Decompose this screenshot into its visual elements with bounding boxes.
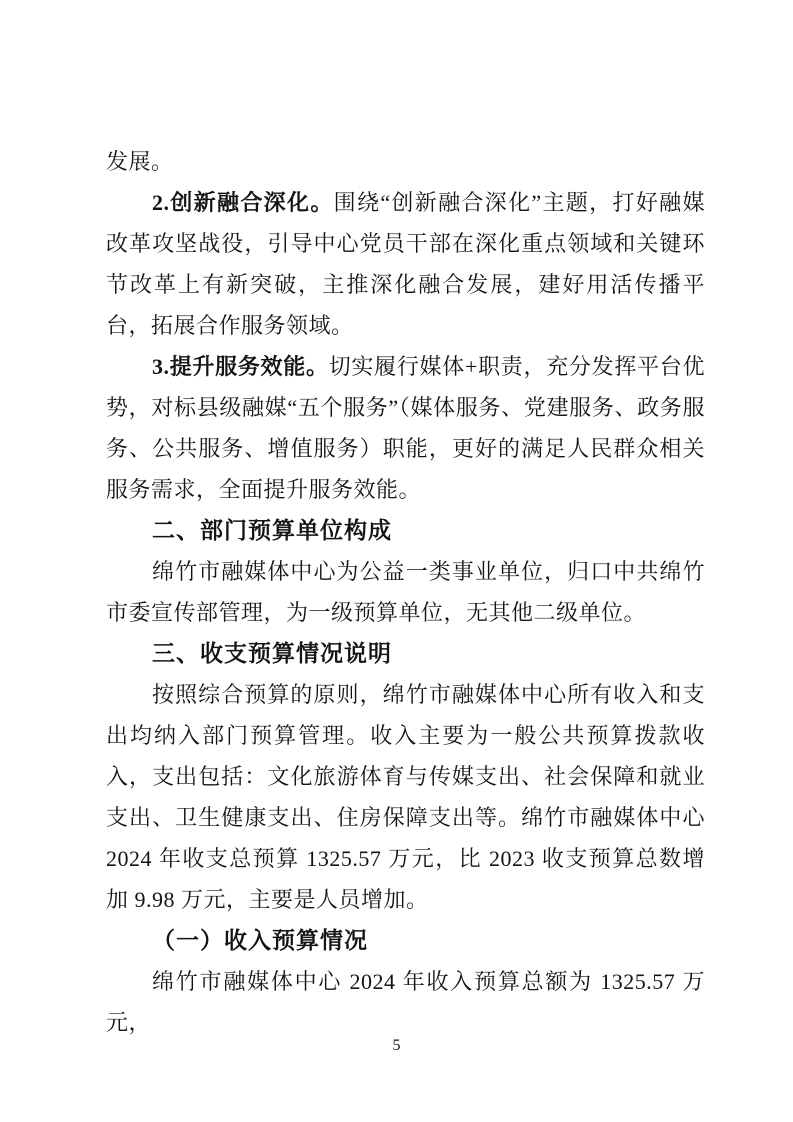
paragraph-point-2: 2.创新融合深化。围绕“创新融合深化”主题，打好融媒改革攻坚战役，引导中心党员干… <box>106 182 705 346</box>
document-content: 发展。 2.创新融合深化。围绕“创新融合深化”主题，打好融媒改革攻坚战役，引导中… <box>106 141 705 1043</box>
paragraph-point-3: 3.提升服务效能。切实履行媒体+职责，充分发挥平台优势，对标县级融媒“五个服务”… <box>106 346 705 510</box>
section-heading-3: 三、收支预算情况说明 <box>106 633 705 674</box>
page-number: 5 <box>0 1036 793 1056</box>
document-page: 发展。 2.创新融合深化。围绕“创新融合深化”主题，打好融媒改革攻坚战役，引导中… <box>0 0 793 1122</box>
paragraph-point-3-lead: 3.提升服务效能。 <box>152 354 329 379</box>
paragraph-point-2-lead: 2.创新融合深化。 <box>152 190 334 215</box>
paragraph-continuation: 发展。 <box>106 141 705 182</box>
paragraph-budget-overview: 按照综合预算的原则，绵竹市融媒体中心所有收入和支出均纳入部门预算管理。收入主要为… <box>106 674 705 920</box>
subsection-heading-income: （一）收入预算情况 <box>106 920 705 961</box>
paragraph-unit-composition: 绵竹市融媒体中心为公益一类事业单位，归口中共绵竹市委宣传部管理，为一级预算单位，… <box>106 551 705 633</box>
section-heading-2: 二、部门预算单位构成 <box>106 510 705 551</box>
paragraph-income-total: 绵竹市融媒体中心 2024 年收入预算总额为 1325.57 万元， <box>106 961 705 1043</box>
